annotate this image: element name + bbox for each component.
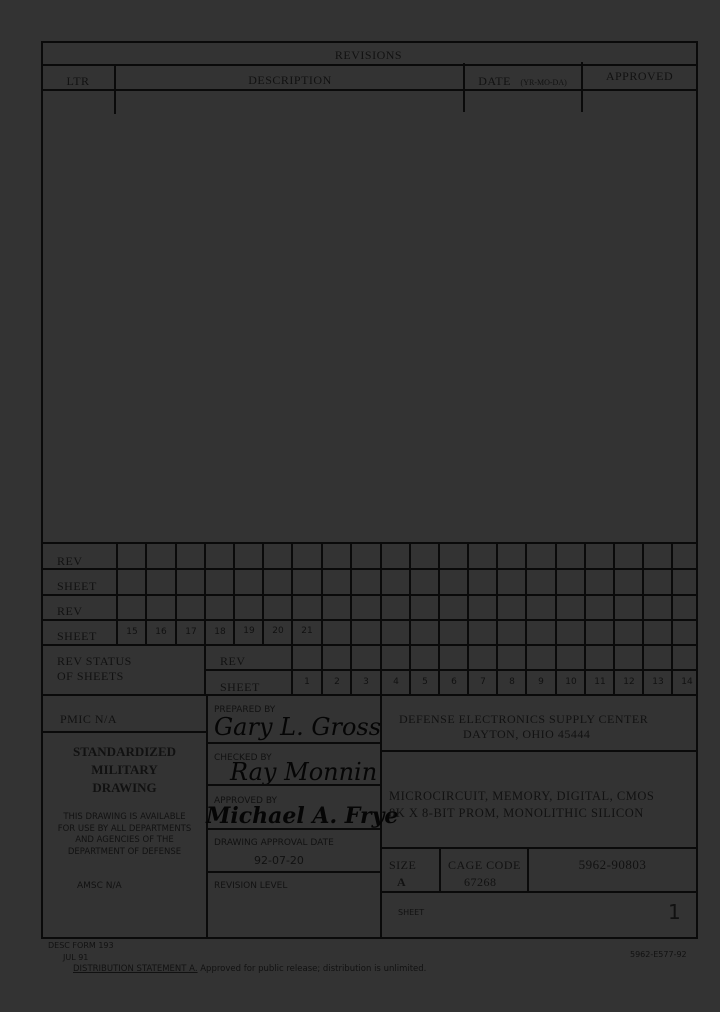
prepared-by-signature: Gary L. Gross xyxy=(214,713,381,741)
title-line-1: STANDARDIZED xyxy=(43,743,206,761)
rev-status-label-line1: REV STATUS xyxy=(57,654,132,669)
rev-status-rev-label: REV xyxy=(220,654,246,669)
upper-sheet-number: 18 xyxy=(206,627,234,637)
distribution-statement: DISTRIBUTION STATEMENT A. Approved for p… xyxy=(73,964,426,974)
revisions-col-description: DESCRIPTION xyxy=(116,73,464,88)
rev-grid-label-sheet-2: SHEET xyxy=(57,629,97,644)
rev-grid-top-border xyxy=(41,542,698,544)
approved-by-signature: Michael A. Frye xyxy=(206,803,398,829)
rev-grid-col-line xyxy=(467,542,469,696)
upper-sheet-number: 16 xyxy=(147,627,175,637)
revisions-col-date-label: DATE xyxy=(478,74,511,88)
size-divider xyxy=(439,847,441,892)
upper-sheet-number: 15 xyxy=(118,627,146,637)
sheet-number: 8 xyxy=(498,677,526,687)
standardized-military-drawing-title: STANDARDIZED MILITARY DRAWING xyxy=(43,743,206,797)
sheet-number: 3 xyxy=(352,677,380,687)
rev-grid-col-line xyxy=(438,542,440,696)
form-number: DESC FORM 193 xyxy=(48,941,114,950)
sheet-number: 2 xyxy=(323,677,351,687)
rev-grid-label-rev-2: REV xyxy=(57,604,83,619)
revisions-body xyxy=(43,91,696,540)
rev-grid-row-divider xyxy=(41,644,698,646)
revisions-col-date: DATE (YR-MO-DA) xyxy=(465,70,580,89)
agency-name: DEFENSE ELECTRONICS SUPPLY CENTER xyxy=(399,712,648,727)
size-value: A xyxy=(397,875,406,890)
sheet-number: 12 xyxy=(615,677,643,687)
title-divider xyxy=(380,847,698,849)
rev-status-bottom-border xyxy=(41,694,698,696)
frame-top-border xyxy=(41,41,698,43)
revisions-title-divider xyxy=(41,64,698,66)
distribution-statement-label: DISTRIBUTION STATEMENT A. xyxy=(73,964,198,974)
rev-grid-col-line xyxy=(584,542,586,696)
pmic-label: PMIC N/A xyxy=(60,712,117,727)
drawing-title-line-2: 8K X 8-BIT PROM, MONOLITHIC SILICON xyxy=(389,806,644,821)
sheet-number: 9 xyxy=(527,677,555,687)
sheet-number: 7 xyxy=(469,677,497,687)
pmic-divider xyxy=(41,731,207,733)
rev-grid-col-line xyxy=(291,542,293,696)
approvals-divider xyxy=(206,871,382,873)
document-code: 5962-E577-92 xyxy=(630,950,687,959)
size-label: SIZE xyxy=(389,858,416,873)
availability-line-3: AND AGENCIES OF THE xyxy=(43,835,206,847)
drawing-title-line-1: MICROCIRCUIT, MEMORY, DIGITAL, CMOS xyxy=(389,789,654,804)
sheet-number: 1 xyxy=(293,677,321,687)
frame-bottom-border xyxy=(41,937,698,939)
rev-grid-col-line xyxy=(555,542,557,696)
form-date: JUL 91 xyxy=(63,953,88,962)
drawing-number: 5962-90803 xyxy=(529,857,696,873)
revisions-col-approved: APPROVED xyxy=(583,69,696,84)
upper-sheet-number: 19 xyxy=(235,626,263,636)
rev-status-sheet-label: SHEET xyxy=(220,680,260,695)
sheet-number: 6 xyxy=(440,677,468,687)
rev-grid-row-divider xyxy=(41,568,698,570)
availability-notice: THIS DRAWING IS AVAILABLE FOR USE BY ALL… xyxy=(43,812,206,858)
rev-grid-label-sheet-1: SHEET xyxy=(57,579,97,594)
approval-date-value: 92-07-20 xyxy=(254,854,304,867)
rev-grid-row-divider xyxy=(41,594,698,596)
sheet-number: 13 xyxy=(644,677,672,687)
revisions-col-ltr: LTR xyxy=(41,74,115,89)
title-line-2: MILITARY xyxy=(43,761,206,779)
availability-line-1: THIS DRAWING IS AVAILABLE xyxy=(43,812,206,824)
frame-right-border xyxy=(696,41,698,939)
upper-sheet-number: 21 xyxy=(293,626,321,636)
rev-status-label-line2: OF SHEETS xyxy=(57,669,124,684)
rev-grid-col-line xyxy=(613,542,615,696)
availability-line-2: FOR USE BY ALL DEPARTMENTS xyxy=(43,824,206,836)
checked-by-signature: Ray Monnin xyxy=(230,758,377,786)
title-line-3: DRAWING xyxy=(43,779,206,797)
sheet-value: 1 xyxy=(668,900,681,924)
cage-code-label: CAGE CODE xyxy=(448,858,521,873)
distribution-statement-text: Approved for public release; distributio… xyxy=(200,964,426,974)
revisions-title: REVISIONS xyxy=(41,48,696,63)
rev-grid-col-line xyxy=(321,542,323,696)
agency-address: DAYTON, OHIO 45444 xyxy=(463,727,590,742)
rev-grid-col-line xyxy=(525,542,527,696)
revisions-col-date-format: (YR-MO-DA) xyxy=(521,78,567,87)
rev-grid-col-line xyxy=(642,542,644,696)
sheet-number: 11 xyxy=(586,677,614,687)
sheet-label: SHEET xyxy=(398,908,424,917)
amsc-label: AMSC N/A xyxy=(77,881,122,891)
sheet-number: 5 xyxy=(411,677,439,687)
approvals-divider xyxy=(206,742,382,744)
rev-grid-label-rev-1: REV xyxy=(57,554,83,569)
rev-grid-col-line xyxy=(350,542,352,696)
approval-date-label: DRAWING APPROVAL DATE xyxy=(214,838,334,848)
revision-level-label: REVISION LEVEL xyxy=(214,881,287,891)
cage-code-value: 67268 xyxy=(464,875,497,890)
rev-grid-col-line xyxy=(671,542,673,696)
sheet-number: 10 xyxy=(557,677,585,687)
rev-grid-col-line xyxy=(204,542,206,696)
sheet-number: 14 xyxy=(673,677,701,687)
sheet-number: 4 xyxy=(382,677,410,687)
approvals-divider xyxy=(206,784,382,786)
approvals-divider xyxy=(206,828,382,830)
upper-sheet-number: 17 xyxy=(177,627,205,637)
rev-status-row-divider xyxy=(206,669,698,671)
agency-divider xyxy=(380,750,698,752)
id-divider xyxy=(380,891,698,893)
upper-sheet-number: 20 xyxy=(264,626,292,636)
rev-grid-col-line xyxy=(409,542,411,696)
rev-grid-row-divider xyxy=(41,619,698,621)
rev-grid-col-line xyxy=(380,542,382,696)
rev-grid-col-line xyxy=(496,542,498,696)
availability-line-4: DEPARTMENT OF DEFENSE xyxy=(43,847,206,859)
